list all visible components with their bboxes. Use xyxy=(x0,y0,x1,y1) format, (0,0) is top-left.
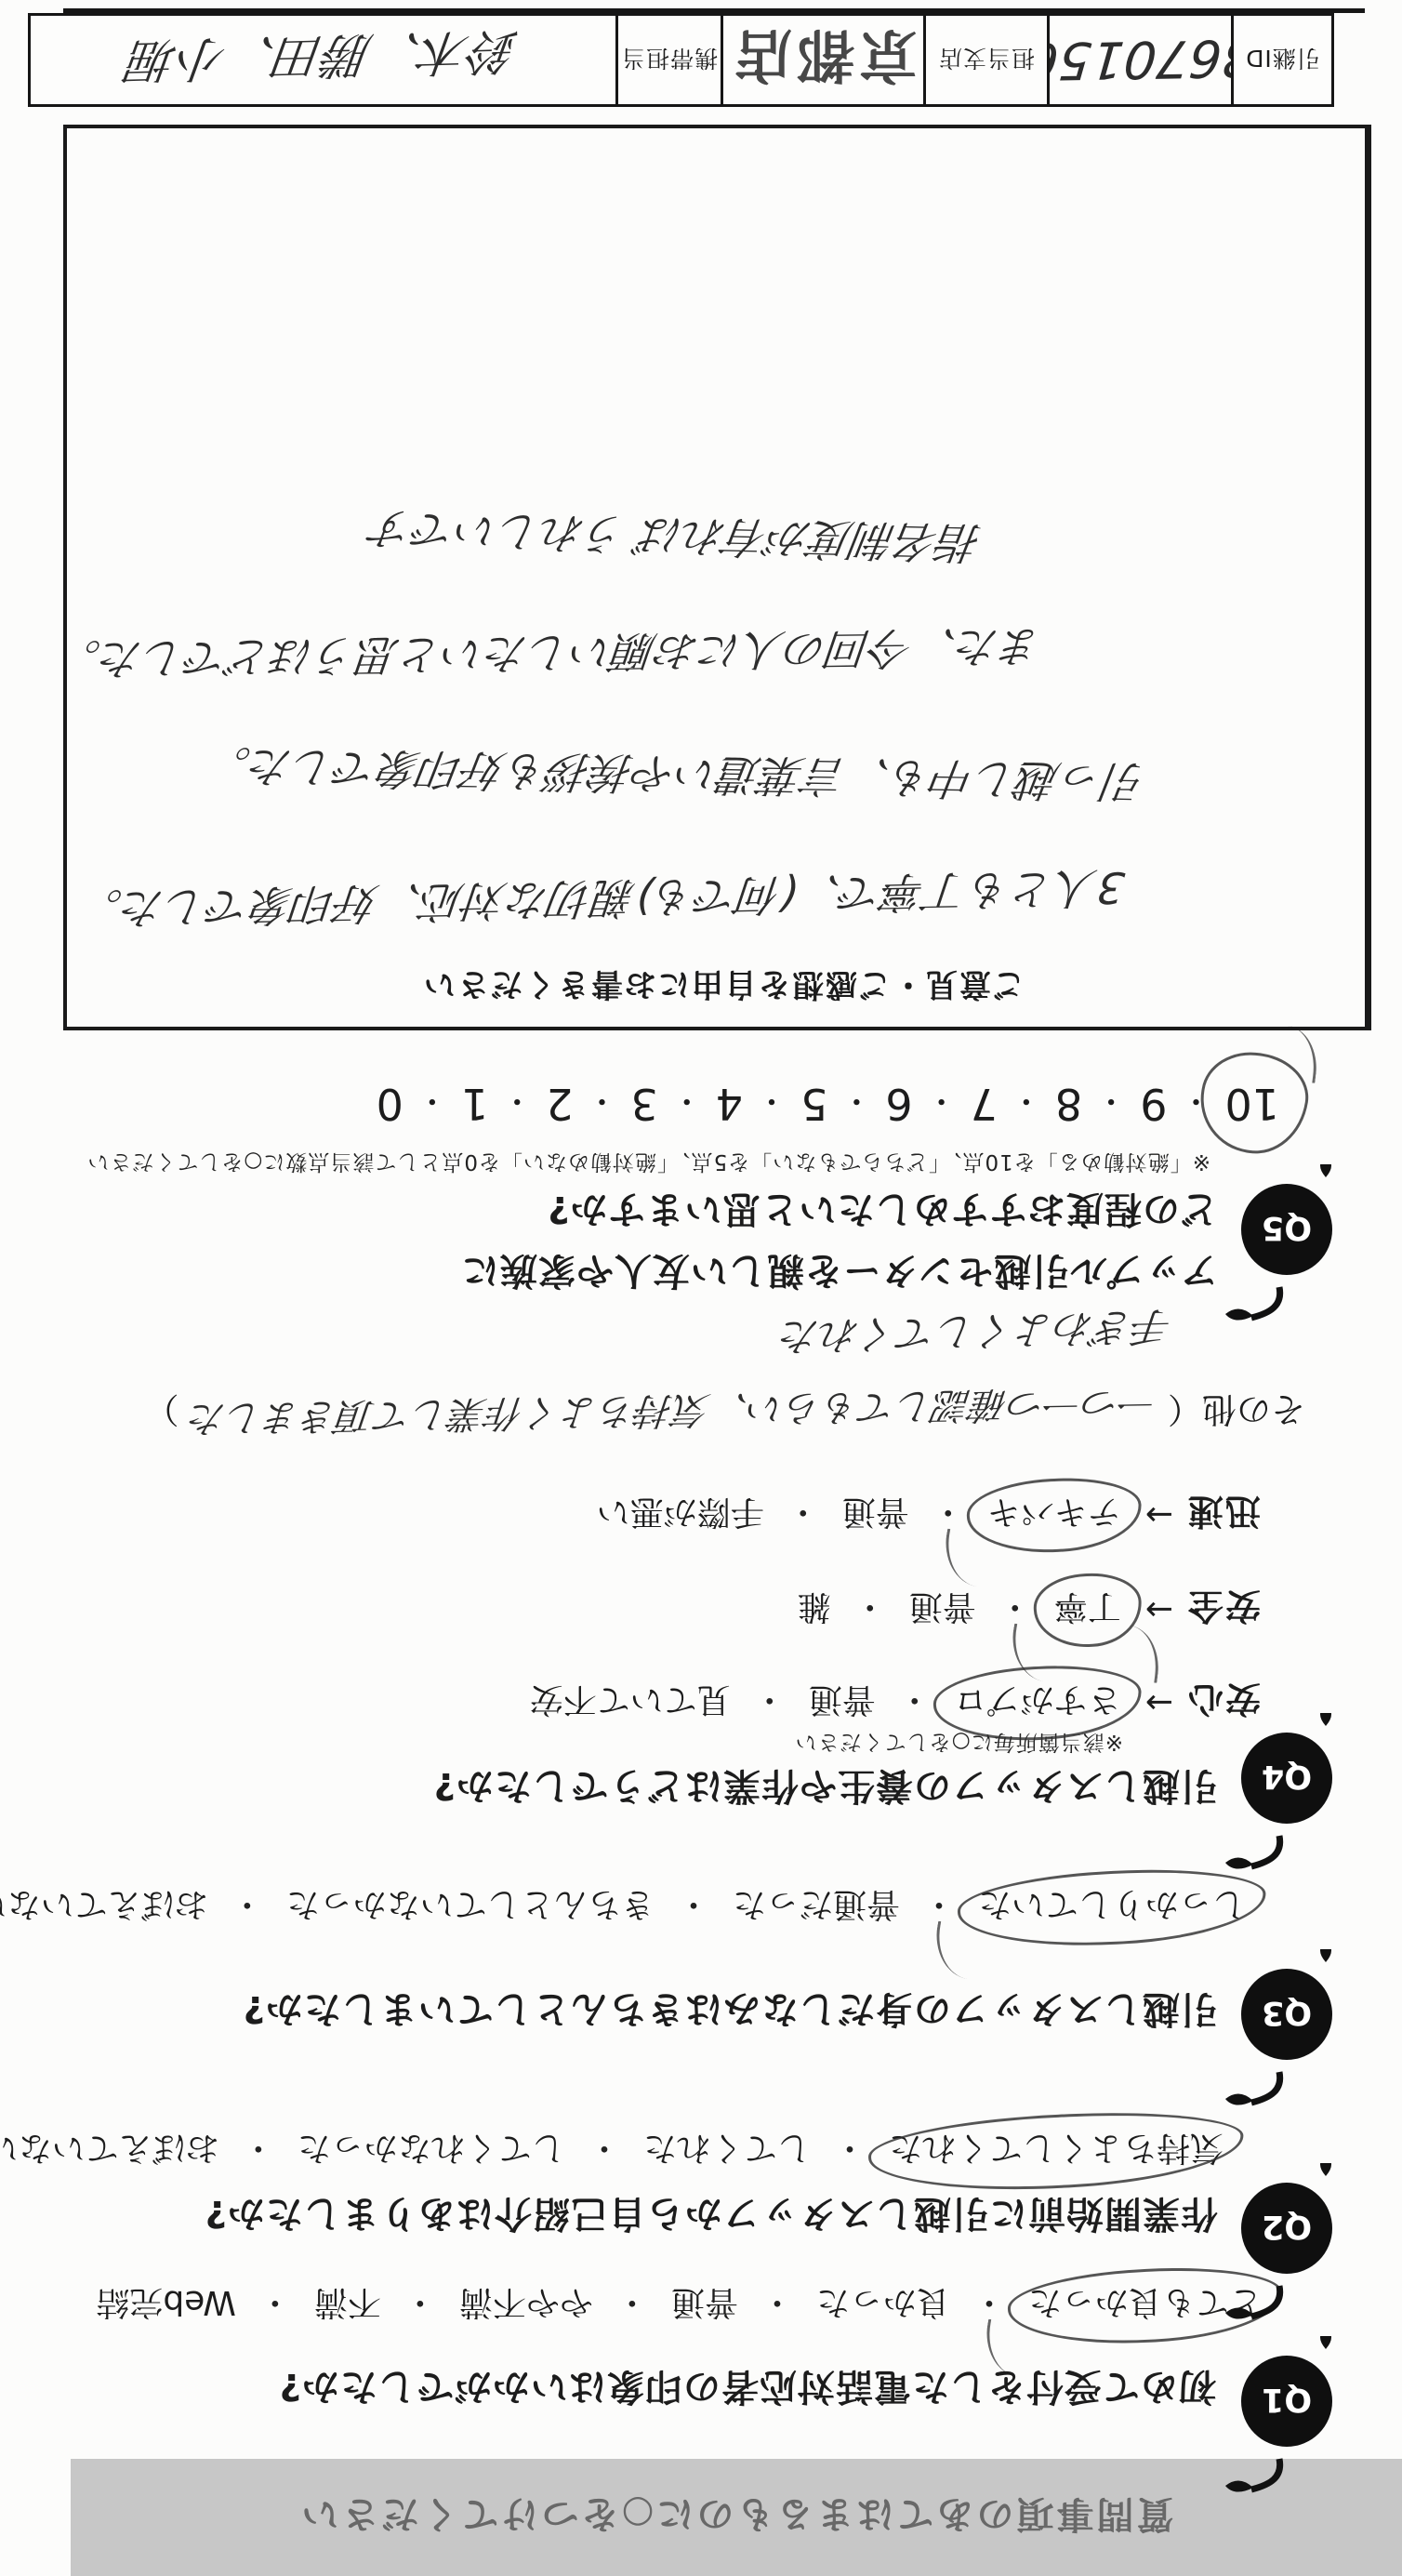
scale-value: 1 xyxy=(461,1079,488,1129)
dot-separator: ・ xyxy=(615,2281,649,2329)
music-note-icon: Q1 xyxy=(1223,2336,1344,2496)
dot-separator: ・ xyxy=(586,1082,617,1127)
q2-option: してくれなかった xyxy=(298,2127,565,2174)
scale-value: 5 xyxy=(800,1079,827,1129)
q2-option: おぼえていない xyxy=(0,2127,219,2174)
dot-separator: ・ xyxy=(588,2127,621,2174)
badge-number: Q4 xyxy=(1262,1758,1312,1795)
dot-separator: ・ xyxy=(417,1082,448,1127)
staff-names-handwritten: 鈴木、勝田、小堀 xyxy=(126,20,522,100)
arrow-icon: → xyxy=(1145,1683,1173,1721)
q3-option: おぼえていない xyxy=(0,1883,208,1931)
q1-options: とても良かった・ 良かった・ 普通・ やや不満・ 不満・ Web完結 xyxy=(96,2281,1263,2329)
q4-other-label: その他（ xyxy=(1168,1389,1305,1429)
branch-label: 担当支店 xyxy=(938,44,1035,77)
handover-id-value-cell: 3670156 xyxy=(1050,16,1234,104)
badge-number: Q1 xyxy=(1262,2381,1312,2418)
handover-info-table: 引継ID 3670156 担当支店 京都店 携帯担当 鈴木、勝田、小堀 xyxy=(28,13,1334,107)
badge-number: Q5 xyxy=(1262,1209,1312,1246)
dot-separator: ・ xyxy=(761,2281,794,2329)
dot-separator: ・ xyxy=(671,1082,703,1127)
q2-question: 作業開始前に引越しスタッフから自己紹介はありましたか? xyxy=(205,2190,1218,2243)
branch-stamp-cell: 京都店 xyxy=(723,16,926,104)
q4-note: ※該当箇所毎に○をしてください xyxy=(795,1729,1123,1759)
dot-separator: ・ xyxy=(833,2127,866,2174)
branch-label-cell: 担当支店 xyxy=(926,16,1050,104)
q4-row-label: 安全 xyxy=(1186,1584,1261,1635)
dot-separator: ・ xyxy=(1180,1082,1211,1127)
dot-separator: ・ xyxy=(501,1082,533,1127)
arrow-icon: → xyxy=(1145,1590,1173,1628)
music-note-icon: Q5 xyxy=(1223,1164,1344,1324)
q4-row2-selected: 丁寧 xyxy=(1054,1586,1121,1633)
q1-option: Web完結 xyxy=(96,2281,236,2329)
handover-id-label-cell: 引継ID xyxy=(1234,16,1331,104)
q4-row1-option: 普通 xyxy=(809,1679,876,1726)
q2-option-selected: 気持ちよくしてくれた xyxy=(889,2127,1223,2174)
q2-options: 気持ちよくしてくれた・ してくれた・ してくれなかった・ おぼえていない xyxy=(0,2127,1223,2174)
dot-separator: ・ xyxy=(231,1883,264,1931)
q4-row1-option: 見ていて不安 xyxy=(530,1679,731,1726)
dot-separator: ・ xyxy=(853,1586,887,1633)
q1-question: 初めて受付をした電話対応者の印象はいかがでしたか? xyxy=(279,2363,1216,2416)
q5-note: ※「絶対勧める」を10点、「どちらでもない」を5点、「絶対勧めない」を0点として… xyxy=(86,1149,1210,1179)
q1-option: やや不満 xyxy=(459,2281,593,2329)
scale-value: 0 xyxy=(377,1079,403,1129)
dot-separator: ・ xyxy=(1011,1082,1042,1127)
scale-value: 6 xyxy=(885,1079,912,1129)
survey-sheet-rotated-180: 質問事項のあてはまるものに○をつけてください Q1 初めて受付をした電話対応者の… xyxy=(0,0,1402,2576)
dot-separator: ・ xyxy=(753,1679,787,1726)
q4-row-jinsoku: 迅速 → テキパキ・ 普通・ 手際が悪い xyxy=(597,1489,1261,1540)
handover-id-label: 引継ID xyxy=(1245,44,1320,77)
staff-names-cell: 鈴木、勝田、小堀 xyxy=(31,16,618,104)
q5-scale: 10・ 9・ 8・ 7・ 6・ 5・ 4・ 3・ 2・ 1・ 0 xyxy=(377,1079,1279,1129)
q4-other-handwriting: 一つ一つ確認してもらい、気持ちよく作業して頂きました xyxy=(187,1378,1160,1448)
music-note-icon: Q3 xyxy=(1223,1949,1344,2109)
q3-options: しっかりしていた・ 普通だった・ きちんとしていなかった・ おぼえていない xyxy=(0,1883,1246,1931)
dot-separator: ・ xyxy=(840,1082,872,1127)
scale-value: 4 xyxy=(716,1079,743,1129)
q3-option-selected: しっかりしていた xyxy=(978,1883,1246,1931)
q4-other-handwriting-line2: 手ぎわよくしてくれた xyxy=(778,1300,1175,1367)
dot-separator: ・ xyxy=(242,2127,275,2174)
q4-row3-selected: テキパキ xyxy=(987,1491,1121,1538)
q1-option: 不満 xyxy=(314,2281,381,2329)
dot-separator: ・ xyxy=(403,2281,437,2329)
arrow-icon: → xyxy=(1145,1495,1173,1534)
scale-value: 3 xyxy=(630,1079,657,1129)
instruction-banner: 質問事項のあてはまるものに○をつけてください xyxy=(71,2459,1402,2576)
scale-value: 8 xyxy=(1055,1079,1082,1129)
q4-row-anshin: 安心 → さすがプロ・ 普通・ 見ていて不安 xyxy=(530,1677,1261,1728)
dot-separator: ・ xyxy=(756,1082,787,1127)
scale-value: 2 xyxy=(546,1079,573,1129)
badge-number: Q3 xyxy=(1262,1994,1312,2031)
q3-question: 引越しスタッフの身だしなみはきちんとしていましたか? xyxy=(243,1985,1218,2038)
dot-separator: ・ xyxy=(677,1883,710,1931)
q4-row2-option: 普通 xyxy=(909,1586,976,1633)
q5-question-line1: アップル引越センターを親しい友人や家族に xyxy=(461,1247,1218,1300)
q5-question-line2: どの程度おすすめしたいと思いますか? xyxy=(547,1186,1218,1239)
q4-other-close: ） xyxy=(144,1389,179,1429)
scanned-survey-page: 質問事項のあてはまるものに○をつけてください Q1 初めて受付をした電話対応者の… xyxy=(0,0,1402,2576)
instruction-text: 質問事項のあてはまるものに○をつけてください xyxy=(299,2491,1174,2544)
q4-question: 引越しスタッフの養生や作業はどうでしたか? xyxy=(433,1762,1218,1815)
q4-row2-option: 雑 xyxy=(798,1586,831,1633)
scale-value: 9 xyxy=(1140,1079,1167,1129)
q1-option: 普通 xyxy=(671,2281,738,2329)
staff-label: 携帯担当 xyxy=(621,44,718,77)
dot-separator: ・ xyxy=(787,1491,820,1538)
dot-separator: ・ xyxy=(258,2281,292,2329)
scale-value-selected: 10 xyxy=(1224,1079,1279,1129)
dot-separator: ・ xyxy=(1095,1082,1127,1127)
music-note-icon: Q4 xyxy=(1223,1713,1344,1873)
q2-option: してくれた xyxy=(643,2127,811,2174)
q3-option: きちんとしていなかった xyxy=(286,1883,655,1931)
q4-row-anzen: 安全 → 丁寧・ 普通・ 雑 xyxy=(798,1584,1261,1635)
scan-edge-line xyxy=(63,8,1365,13)
q1-option: 良かった xyxy=(816,2281,950,2329)
dot-separator: ・ xyxy=(898,1679,932,1726)
music-note-icon: Q2 xyxy=(1223,2163,1344,2323)
handover-id-value-handwritten: 3670156 xyxy=(1050,28,1234,91)
badge-number: Q2 xyxy=(1262,2208,1312,2245)
q4-row3-option: 手際が悪い xyxy=(597,1491,764,1538)
q4-row-label: 安心 xyxy=(1186,1677,1261,1728)
q4-row1-selected: さすがプロ xyxy=(954,1679,1121,1726)
branch-stamp: 京都店 xyxy=(730,19,917,101)
scale-value: 7 xyxy=(971,1079,998,1129)
q4-row3-option: 普通 xyxy=(842,1491,909,1538)
q4-row-label: 迅速 xyxy=(1186,1489,1261,1540)
staff-label-cell: 携帯担当 xyxy=(618,16,723,104)
q3-option: 普通だった xyxy=(733,1883,900,1931)
comment-box-label: ご意見・ご感想を自由にお書きください xyxy=(422,964,1025,1010)
q4-other-row: その他（ 一つ一つ確認してもらい、気持ちよく作業して頂きました ） xyxy=(144,1387,1305,1440)
dot-separator: ・ xyxy=(926,1082,958,1127)
